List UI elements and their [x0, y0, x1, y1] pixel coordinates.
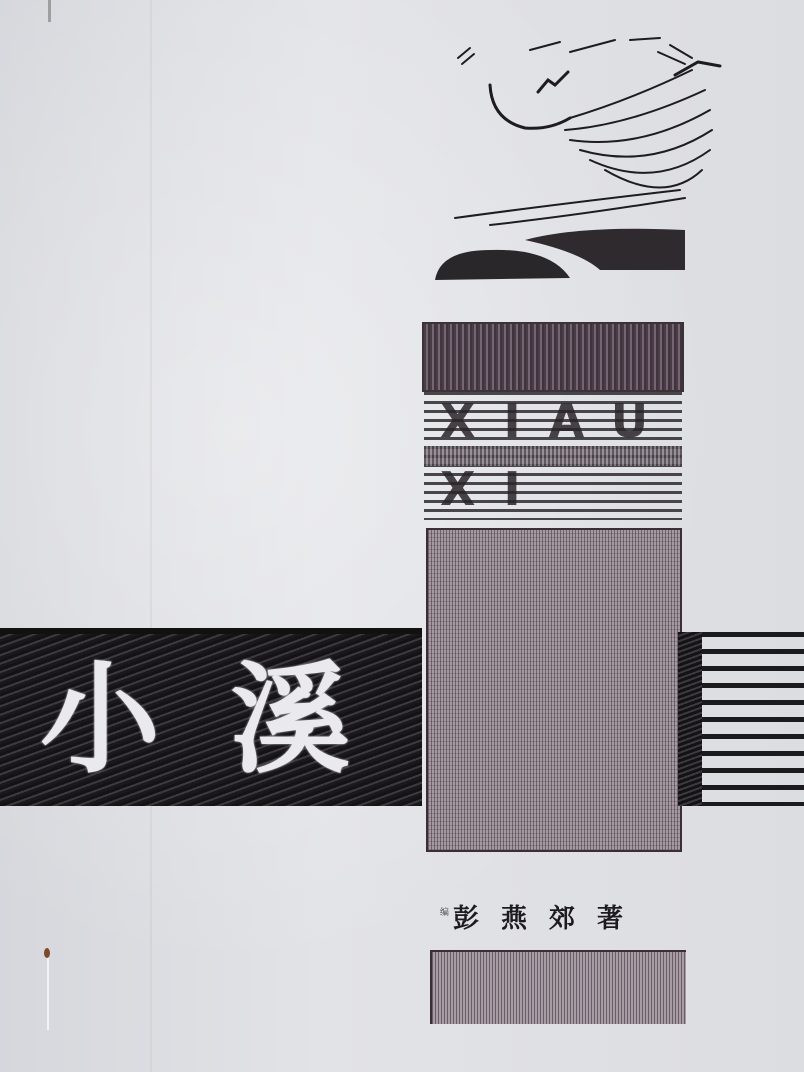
- banner-title: 小 溪: [40, 650, 350, 790]
- title-pinyin-line2: XI: [424, 466, 682, 512]
- textured-block: [426, 528, 682, 852]
- title-pinyin-line1: XIAU: [424, 398, 682, 444]
- paper-tear: [47, 958, 49, 1030]
- side-stripes: [702, 632, 804, 806]
- author-mark: 编: [440, 905, 449, 918]
- title-bar-top: [422, 322, 684, 392]
- bottom-block: [430, 950, 686, 1024]
- side-dark-band: [678, 632, 702, 806]
- author-name: 彭燕郊著: [453, 898, 645, 935]
- rust-stain: [44, 948, 50, 958]
- banner-char-1: 小: [40, 655, 160, 785]
- paper-mark: [48, 0, 51, 22]
- paper-fold: [150, 0, 152, 1072]
- banner-char-2: 溪: [230, 655, 350, 785]
- bird-cloud-illustration: [430, 30, 730, 290]
- author-line: 编 彭燕郊著: [440, 898, 670, 935]
